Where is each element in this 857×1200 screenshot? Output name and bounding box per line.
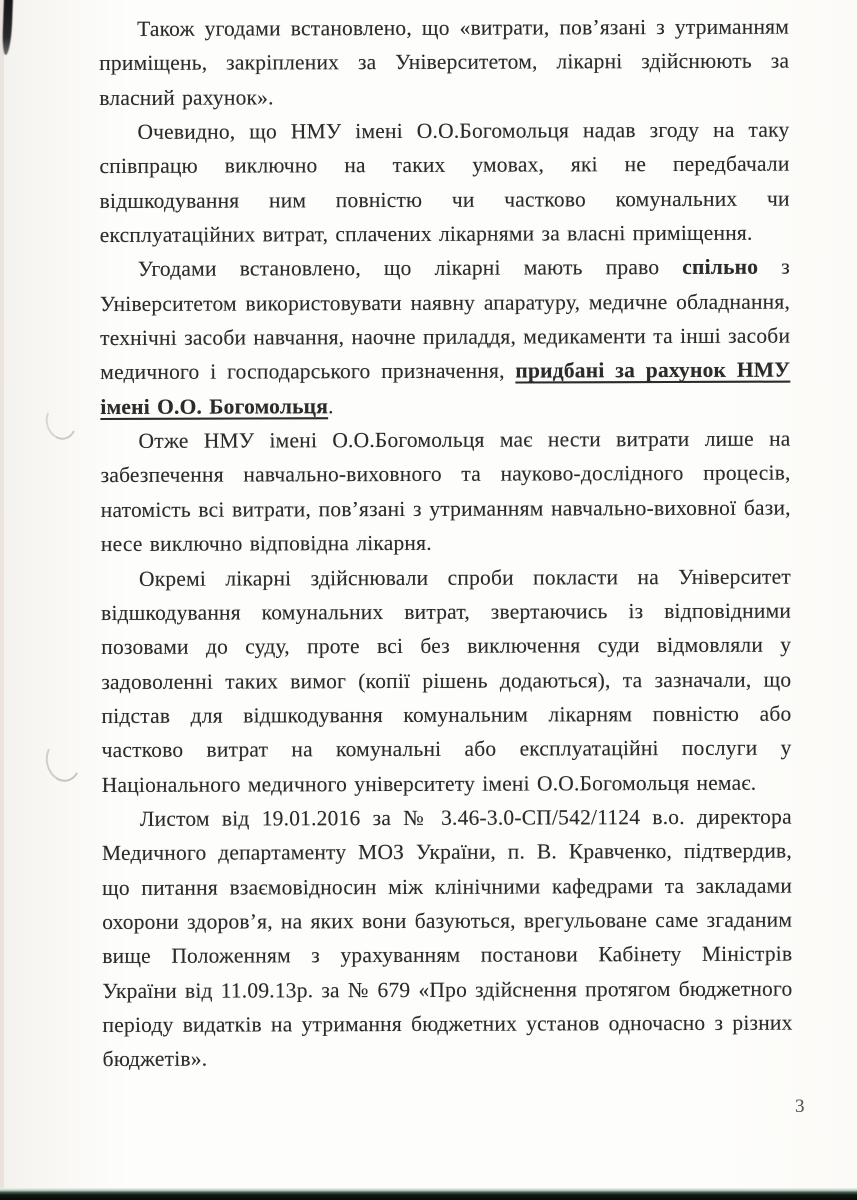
punch-hole-mark-lower — [41, 737, 84, 786]
text-segment: спільно — [682, 255, 758, 279]
paragraph: Угодами встановлено, що лікарні мають пр… — [100, 250, 791, 424]
text-segment: Отже НМУ імені О.О.Богомольця має нести … — [101, 427, 791, 556]
text-segment: . — [328, 394, 334, 418]
scan-corner-mark — [2, 0, 13, 55]
paragraph: Також угодами встановлено, що «витрати, … — [99, 10, 789, 115]
scanned-document-page: Також угодами встановлено, що «витрати, … — [0, 0, 857, 1200]
paragraph: Листом від 19.01.2016 за № 3.46-3.0-СП/5… — [102, 799, 793, 1076]
scan-left-edge — [0, 0, 4, 1200]
paragraph: Окремі лікарні здійснювали спроби поклас… — [101, 559, 792, 802]
paragraph: Отже НМУ імені О.О.Богомольця має нести … — [100, 422, 790, 562]
text-segment: Також угодами встановлено, що «витрати, … — [99, 15, 789, 110]
document-body: Також угодами встановлено, що «витрати, … — [99, 10, 793, 1077]
text-segment: Очевидно, що НМУ імені О.О.Богомольця на… — [99, 118, 789, 247]
page-number: 3 — [795, 1096, 805, 1118]
paragraph: Очевидно, що НМУ імені О.О.Богомольця на… — [99, 113, 789, 253]
scan-bottom-edge — [0, 1188, 857, 1200]
text-segment: Окремі лікарні здійснювали спроби поклас… — [101, 564, 792, 796]
text-segment: Листом від 19.01.2016 за № 3.46-3.0-СП/5… — [102, 804, 793, 1071]
text-segment: Угодами встановлено, що лікарні мають пр… — [138, 255, 682, 281]
punch-hole-mark-upper — [41, 400, 81, 444]
